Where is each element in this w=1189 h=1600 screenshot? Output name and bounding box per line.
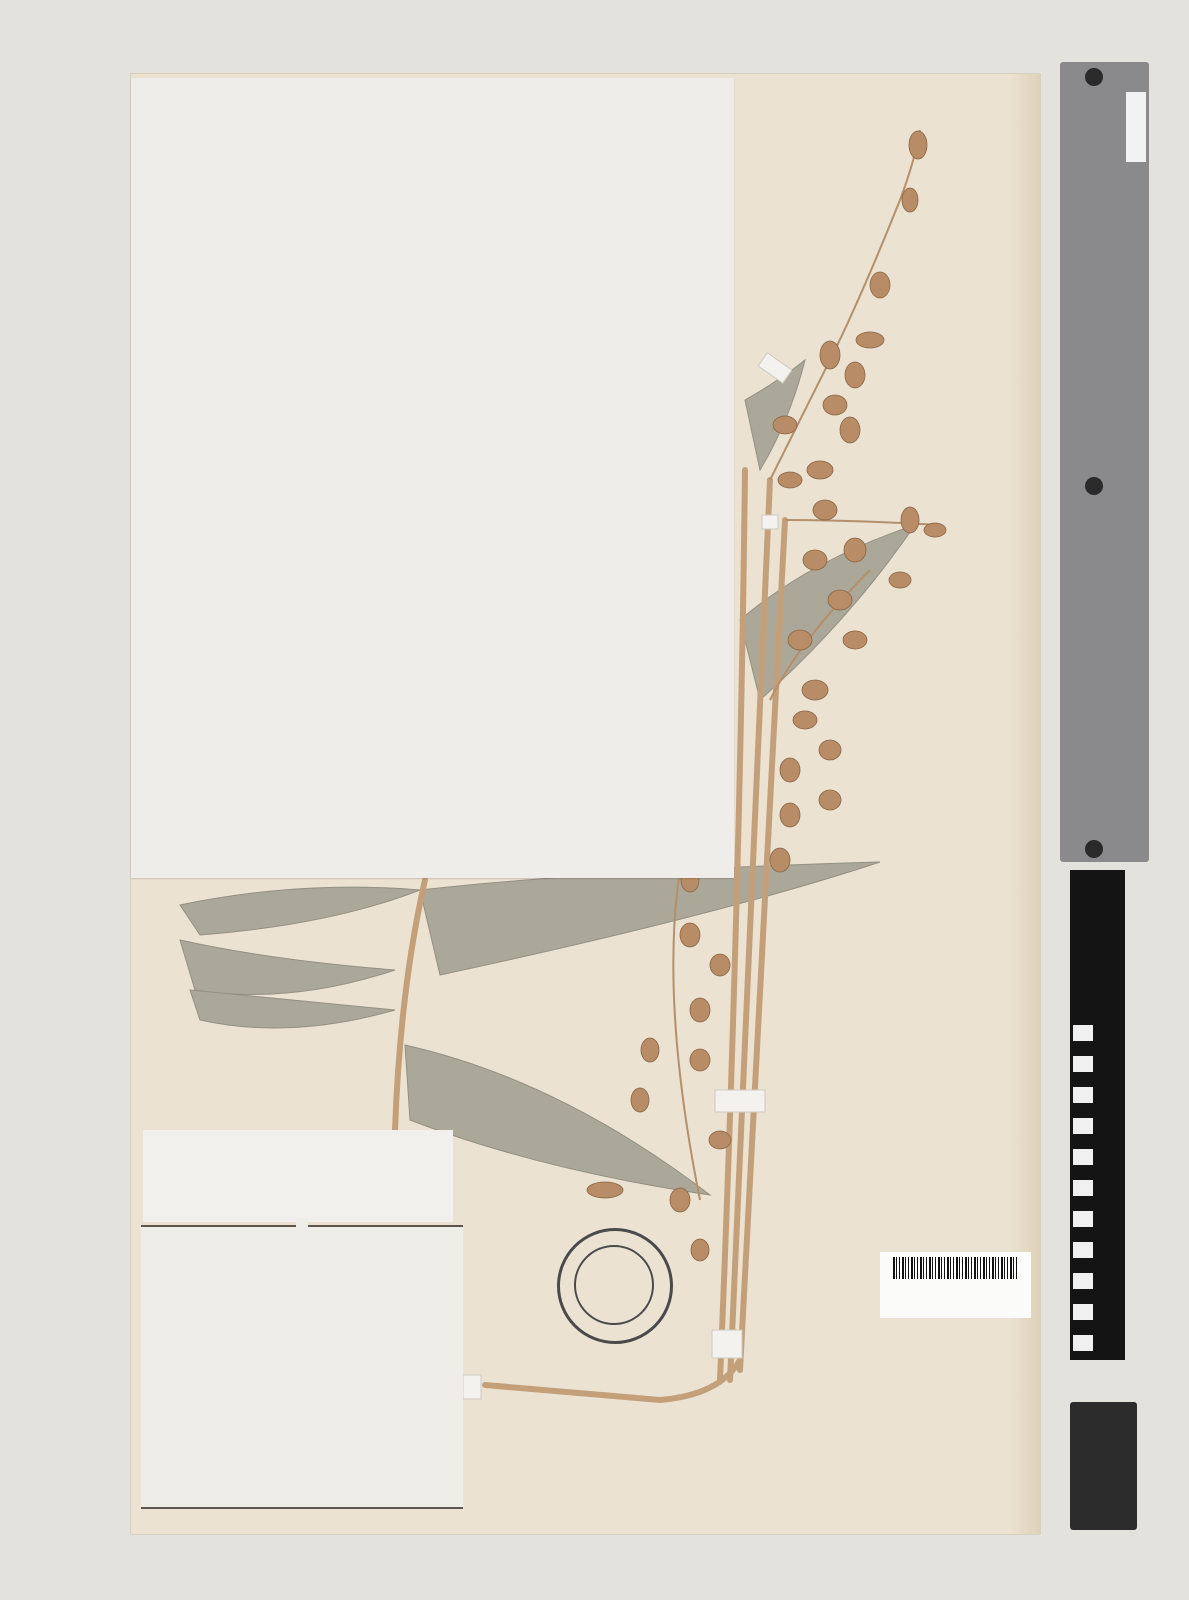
colorbar-id [1126, 92, 1146, 162]
kew-scale-bar [1070, 870, 1125, 1360]
hance-number [165, 1249, 171, 1275]
bar-hole-icon [1085, 840, 1103, 858]
barcode-label [880, 1252, 1031, 1318]
barcode-icon [893, 1257, 1019, 1279]
hance-header [141, 1218, 463, 1234]
typed-determination-label [131, 78, 734, 878]
royal-gardens-kew-stamp [557, 1228, 673, 1344]
scale-ticks [1073, 1010, 1093, 1355]
hance-collection-label [141, 1225, 463, 1509]
bar-hole-icon [1085, 68, 1103, 86]
stamp-inner-ring [574, 1245, 654, 1325]
color-checker-card [1070, 1402, 1137, 1530]
determinavit-label [143, 1130, 453, 1222]
color-calibration-bar [1060, 62, 1149, 862]
determinavit-line [167, 1200, 179, 1216]
bar-hole-icon [1085, 477, 1103, 495]
